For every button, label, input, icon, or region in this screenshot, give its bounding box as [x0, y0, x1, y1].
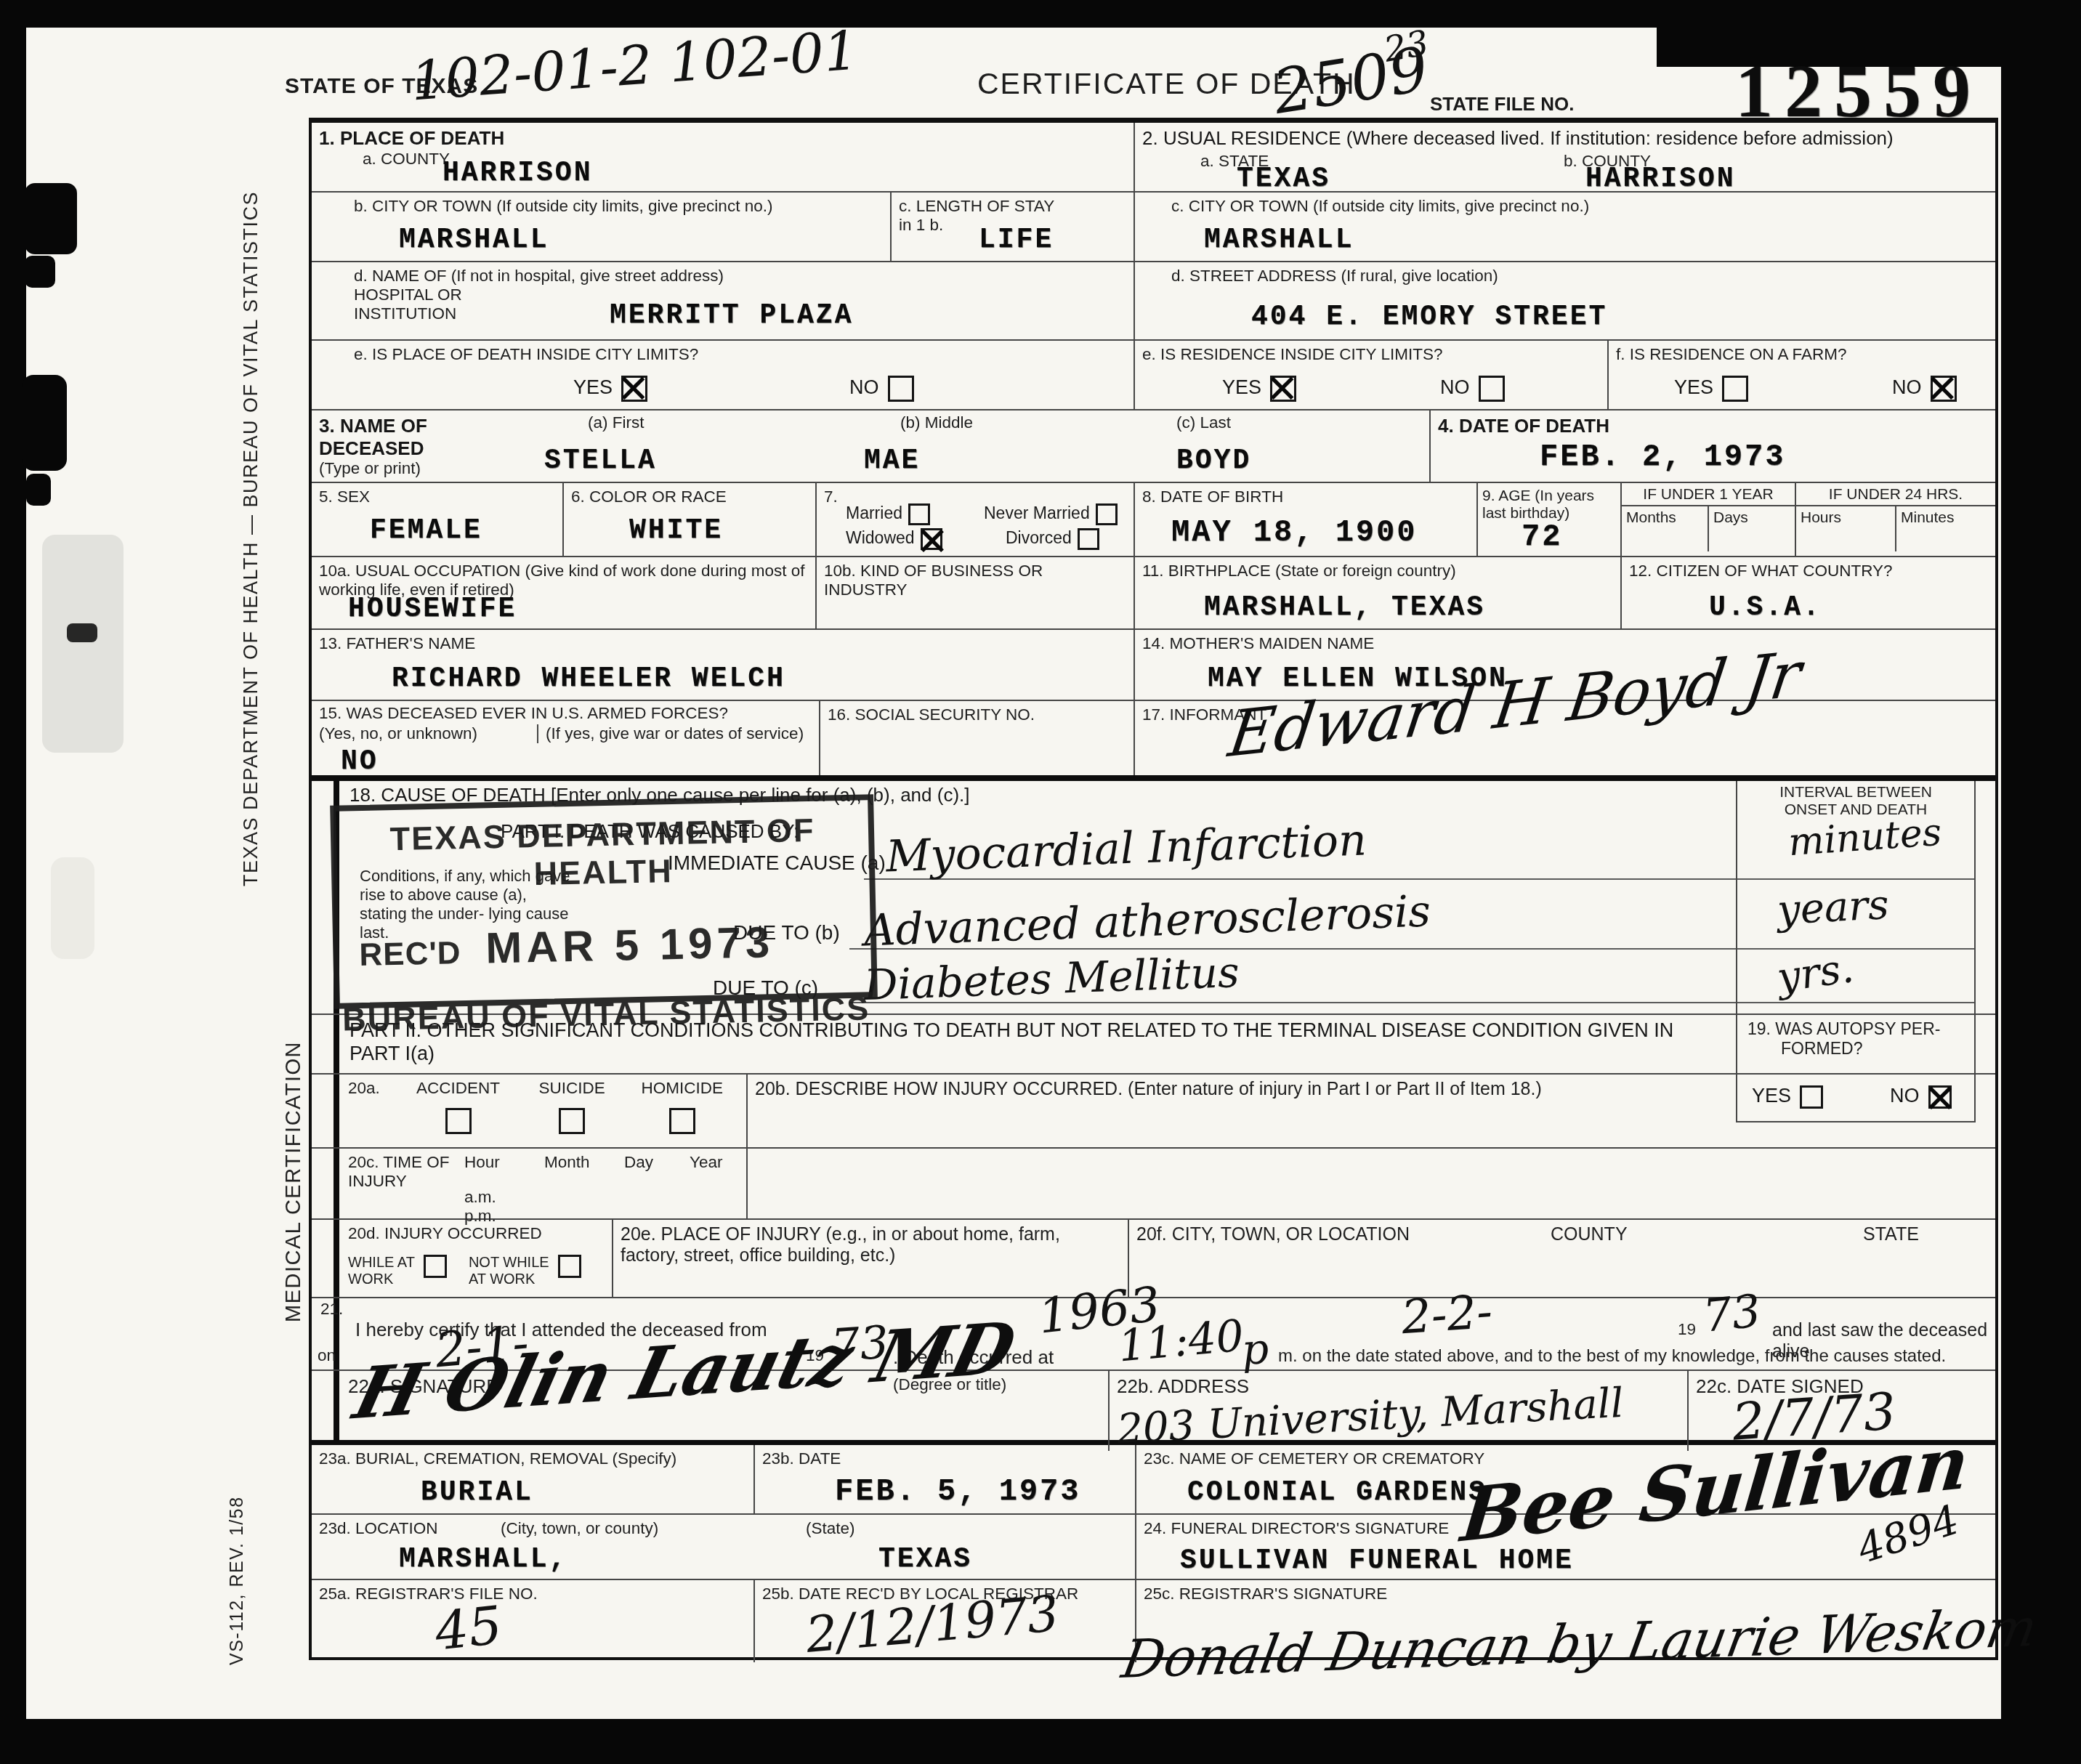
first-name-value: STELLA: [544, 445, 657, 477]
last-name-label: (c) Last: [1176, 413, 1231, 432]
race-cell: 6. COLOR OR RACE WHITE: [564, 483, 817, 556]
farm-yes: YES: [1674, 376, 1748, 402]
stamp-date: MAR 5 1973: [485, 917, 775, 973]
never-married-option: Never Married: [984, 503, 1118, 525]
first-name-label: (a) First: [588, 413, 644, 432]
place-county-value: HARRISON: [443, 158, 592, 189]
location-sub1: (City, town, or county): [501, 1519, 806, 1538]
middle-name-label: (b) Middle: [900, 413, 973, 432]
margin-form-code: VS-112, REV. 1/58: [227, 1425, 248, 1665]
location-state-value: TEXAS: [878, 1544, 972, 1575]
citizen-cell: 12. CITIZEN OF WHAT COUNTRY? U.S.A.: [1622, 557, 1995, 628]
residence-state-county-cell: 2. USUAL RESIDENCE (Where deceased lived…: [1135, 123, 1995, 191]
citizen-value: U.S.A.: [1709, 592, 1822, 623]
residence-city-value: MARSHALL: [1204, 224, 1354, 256]
name-of-deceased-cell: 3. NAME OF DECEASED (Type or print) (a) …: [312, 410, 1431, 482]
interval-b-value: years: [1776, 881, 1890, 934]
describe-injury-cell: 20b. DESCRIBE HOW INJURY OCCURRED. (Ente…: [748, 1075, 1995, 1147]
dod-label: 4. DATE OF DEATH: [1438, 415, 1988, 437]
birthplace-value: MARSHALL, TEXAS: [1204, 592, 1485, 623]
residence-county-value: HARRISON: [1585, 163, 1735, 195]
injury-occurred-cell: 20d. INJURY OCCURRED WHILE ATWORK NOT WH…: [312, 1220, 613, 1297]
checkbox-no: [1479, 376, 1505, 402]
year-prefix-1: 19: [1678, 1320, 1696, 1339]
months-label: Months: [1622, 506, 1709, 551]
place-city-label: b. CITY OR TOWN (If outside city limits,…: [354, 197, 883, 216]
residence-city-label: c. CITY OR TOWN (If outside city limits,…: [1171, 197, 1988, 216]
time-of-injury-cell: 20c. TIME OF Hour Month Day Year INJURY …: [312, 1149, 748, 1218]
injury-f-label: 20f. CITY, TOWN, OR LOCATION: [1136, 1224, 1410, 1245]
accident-suicide-homicide-cell: 20a. ACCIDENT SUICIDE HOMICIDE: [312, 1075, 748, 1147]
hours-label: Hours: [1796, 506, 1896, 551]
checkbox-widowed-checked: [921, 528, 942, 550]
autopsy-label: 19. WAS AUTOPSY PER-: [1747, 1019, 1974, 1039]
registrar-file-cell: 25a. REGISTRAR'S FILE NO. 45: [312, 1580, 755, 1662]
not-while-at-work-label: NOT WHILEAT WORK: [469, 1255, 549, 1288]
checkbox-while-at-work: [424, 1255, 447, 1278]
residence-limits-no: NO: [1440, 376, 1505, 402]
hand-am-pm: p: [1240, 1324, 1270, 1375]
checkbox-yes: [1722, 376, 1748, 402]
place-of-death-county-cell: 1. PLACE OF DEATH a. COUNTY HARRISON: [312, 123, 1135, 191]
due-to-b-value: Advanced atherosclerosis: [863, 886, 1431, 956]
last-name-value: BOYD: [1176, 445, 1251, 477]
place-limits-no: NO: [849, 376, 914, 402]
injury-location-cell: 20f. CITY, TOWN, OR LOCATION COUNTY STAT…: [1129, 1220, 1995, 1297]
burial-location-cell: 23d. LOCATION (City, town, or county) (S…: [312, 1515, 1136, 1579]
scan-edge-left: [0, 0, 26, 1764]
name-label: 3. NAME OF: [319, 415, 1422, 437]
father-name-cell: 13. FATHER'S NAME RICHARD WHEELER WELCH: [312, 630, 1135, 700]
dob-value: MAY 18, 1900: [1171, 515, 1417, 550]
citizen-label: 12. CITIZEN OF WHAT COUNTRY?: [1629, 562, 1988, 580]
homicide-label: HOMICIDE: [626, 1079, 740, 1098]
hand-year-1: 73: [1700, 1284, 1763, 1343]
place-of-death-title: 1. PLACE OF DEATH: [319, 127, 1126, 150]
injury-county-label: COUNTY: [1551, 1224, 1628, 1245]
cemetery-value: COLONIAL GARDENS: [1187, 1477, 1487, 1508]
injury-e-label: 20e. PLACE OF INJURY (e.g., in or about …: [621, 1224, 1120, 1266]
under1-label: IF UNDER 1 YEAR: [1622, 486, 1795, 506]
street-address-cell: d. STREET ADDRESS (If rural, give locati…: [1135, 262, 1995, 339]
ssn-label: 16. SOCIAL SECURITY NO.: [828, 705, 1126, 724]
scan-edge-bottom: [0, 1719, 2081, 1764]
hand-time-of-death: 11:40: [1116, 1311, 1245, 1372]
physician-address-cell: 22b. ADDRESS 203 University, Marshall: [1110, 1371, 1689, 1451]
middle-name-value: MAE: [864, 445, 920, 477]
dob-label: 8. DATE OF BIRTH: [1142, 487, 1469, 506]
injury-d-label: 20d. INJURY OCCURRED: [348, 1224, 605, 1243]
farm-no: NO: [1892, 376, 1957, 402]
stay-label: c. LENGTH OF STAY: [899, 197, 1126, 216]
year-label: Year: [690, 1153, 722, 1172]
registrar-file-label: 25a. REGISTRAR'S FILE NO.: [319, 1585, 746, 1603]
certificate-form: 1. PLACE OF DEATH a. COUNTY HARRISON 2. …: [309, 118, 1998, 1660]
checkbox-no: [888, 376, 914, 402]
burial-value: BURIAL: [421, 1477, 533, 1508]
occupation-value: HOUSEWIFE: [348, 594, 517, 625]
residence-title: 2. USUAL RESIDENCE (Where deceased lived…: [1142, 127, 1988, 150]
place-limits-cell: e. IS PLACE OF DEATH INSIDE CITY LIMITS?…: [312, 341, 1135, 409]
armed-forces-cell: 15. WAS DECEASED EVER IN U.S. ARMED FORC…: [312, 701, 820, 775]
industry-label: 10b. KIND OF BUSINESS OR INDUSTRY: [824, 562, 1126, 599]
dob-cell: 8. DATE OF BIRTH MAY 18, 1900: [1135, 483, 1478, 556]
place-city-value: MARSHALL: [399, 224, 549, 256]
checkbox-homicide: [669, 1108, 695, 1134]
if-under-24-hrs-cell: IF UNDER 24 HRS. Hours Minutes: [1796, 483, 1995, 556]
injury-a-label: 20a.: [348, 1079, 397, 1098]
hand-attended-to: 2-2-: [1400, 1285, 1495, 1346]
industry-cell: 10b. KIND OF BUSINESS OR INDUSTRY: [817, 557, 1135, 628]
place-of-injury-cell: 20e. PLACE OF INJURY (e.g., in or about …: [613, 1220, 1129, 1297]
interval-header: INTERVAL BETWEEN: [1737, 784, 1974, 801]
farm-label: f. IS RESIDENCE ON A FARM?: [1616, 345, 1988, 364]
checkbox-divorced: [1078, 528, 1099, 550]
street-value: 404 E. EMORY STREET: [1251, 302, 1607, 333]
residence-state-value: TEXAS: [1237, 163, 1330, 195]
residence-limits-cell: e. IS RESIDENCE INSIDE CITY LIMITS? YES …: [1135, 341, 1609, 409]
age-cell: 9. AGE (In years last birthday) 72: [1478, 483, 1622, 556]
location-city-value: MARSHALL,: [399, 1544, 567, 1575]
residence-city-cell: c. CITY OR TOWN (If outside city limits,…: [1135, 193, 1995, 261]
handwritten-registration-code: 102-01-2 102-01: [409, 20, 860, 113]
checkbox-accident: [445, 1108, 472, 1134]
hour-label: Hour: [464, 1153, 544, 1172]
father-value: RICHARD WHEELER WELCH: [392, 663, 785, 695]
forces-sub2: (If yes, give war or dates of service): [537, 724, 804, 743]
minutes-label: Minutes: [1896, 506, 1995, 551]
location-label: 23d. LOCATION: [319, 1519, 501, 1538]
describe-injury-continue-cell: [748, 1149, 1995, 1218]
registrar-signature-label: 25c. REGISTRAR'S SIGNATURE: [1144, 1585, 1988, 1603]
injury-state-label: STATE: [1863, 1224, 1919, 1245]
month-label: Month: [544, 1153, 624, 1172]
scan-blob: [25, 183, 77, 254]
occupation-cell: 10a. USUAL OCCUPATION (Give kind of work…: [312, 557, 817, 628]
checkbox-yes-checked: [1270, 376, 1296, 402]
margin-medical-certification-text: MEDICAL CERTIFICATION: [282, 843, 306, 1322]
interval-c-value: yrs.: [1774, 944, 1856, 1002]
under24-label: IF UNDER 24 HRS.: [1796, 486, 1995, 506]
father-label: 13. FATHER'S NAME: [319, 634, 1126, 653]
scan-blob: [26, 474, 51, 506]
am-label: a.m.: [464, 1188, 496, 1207]
place-city-cell: b. CITY OR TOWN (If outside city limits,…: [312, 193, 892, 261]
stay-value: LIFE: [979, 224, 1054, 256]
dod-value: FEB. 2, 1973: [1540, 440, 1785, 474]
item21-number: 21.: [320, 1300, 343, 1319]
stamp-recd: REC'D: [359, 935, 461, 974]
if-under-1-year-cell: IF UNDER 1 YEAR Months Days: [1622, 483, 1796, 556]
checkbox-not-while-at-work: [558, 1255, 581, 1278]
suicide-label: SUICIDE: [519, 1079, 626, 1098]
birthplace-cell: 11. BIRTHPLACE (State or foreign country…: [1135, 557, 1622, 628]
sex-cell: 5. SEX FEMALE: [312, 483, 564, 556]
day-label: Day: [624, 1153, 690, 1172]
checkbox-suicide: [559, 1108, 585, 1134]
age-value: 72: [1522, 519, 1562, 554]
handwritten-number-small: 23: [1381, 23, 1432, 70]
burial-label: 23a. BURIAL, CREMATION, REMOVAL (Specify…: [319, 1449, 746, 1468]
injury-b-label: 20b. DESCRIBE HOW INJURY OCCURRED. (Ente…: [755, 1079, 1988, 1100]
accident-label: ACCIDENT: [397, 1079, 518, 1098]
burial-date-cell: 23b. DATE FEB. 5, 1973: [755, 1445, 1136, 1513]
death-certificate-scan: TEXAS DEPARTMENT OF HEALTH — BUREAU OF V…: [0, 0, 2081, 1764]
registrar-file-value: 45: [432, 1594, 505, 1662]
immediate-cause-value: Myocardial Infarction: [885, 814, 1367, 882]
place-limits-label: e. IS PLACE OF DEATH INSIDE CITY LIMITS?: [354, 345, 1126, 364]
due-to-c-value: Diabetes Mellitus: [863, 947, 1240, 1010]
forces-value: NO: [341, 746, 379, 777]
state-file-no-label: STATE FILE NO.: [1430, 93, 1574, 116]
interval-column: INTERVAL BETWEEN ONSET AND DEATH minutes…: [1736, 781, 1976, 1015]
injury-c-label: 20c. TIME OF: [348, 1153, 464, 1172]
margin-agency-text: TEXAS DEPARTMENT OF HEALTH — BUREAU OF V…: [240, 305, 262, 886]
farm-cell: f. IS RESIDENCE ON A FARM? YES NO: [1609, 341, 1995, 409]
residence-limits-label: e. IS RESIDENCE INSIDE CITY LIMITS?: [1142, 345, 1600, 364]
forces-sub1: (Yes, no, or unknown): [319, 724, 537, 743]
scan-smudge: [42, 535, 124, 753]
checkbox-no-checked: [1931, 376, 1957, 402]
burial-date-value: FEB. 5, 1973: [835, 1474, 1080, 1509]
while-at-work-label: WHILE ATWORK: [348, 1255, 415, 1288]
length-of-stay-cell: c. LENGTH OF STAY in 1 b. LIFE: [892, 193, 1135, 261]
sex-value: FEMALE: [370, 515, 482, 546]
registrar-date-cell: 25b. DATE REC'D BY LOCAL REGISTRAR 2/12/…: [755, 1580, 1136, 1662]
forces-label: 15. WAS DECEASED EVER IN U.S. ARMED FORC…: [319, 704, 812, 723]
birthplace-label: 11. BIRTHPLACE (State or foreign country…: [1142, 562, 1613, 580]
race-value: WHITE: [629, 515, 723, 546]
location-sub2: (State): [806, 1519, 855, 1538]
stamp-line1: TEXAS DEPARTMENT OF HEALTH: [336, 810, 870, 897]
checkbox-never-married: [1096, 503, 1118, 525]
street-label: d. STREET ADDRESS (If rural, give locati…: [1171, 267, 1988, 286]
burial-date-label: 23b. DATE: [762, 1449, 1128, 1468]
scan-blob: [25, 256, 55, 288]
checkbox-yes-checked: [621, 376, 647, 402]
on-label: on: [318, 1346, 336, 1365]
hospital-value: MERRITT PLAZA: [610, 300, 853, 331]
widowed-option: Widowed: [846, 528, 942, 550]
hospital-label: d. NAME OF (If not in hospital, give str…: [354, 267, 1126, 286]
date-of-death-cell: 4. DATE OF DEATH FEB. 2, 1973: [1431, 410, 1995, 482]
ssn-cell: 16. SOCIAL SECURITY NO.: [820, 701, 1135, 775]
divorced-option: Divorced: [1006, 528, 1099, 550]
days-label: Days: [1709, 506, 1795, 551]
sex-label: 5. SEX: [319, 487, 555, 506]
hospital-cell: d. NAME OF (If not in hospital, give str…: [312, 262, 1135, 339]
mother-label: 14. MOTHER'S MAIDEN NAME: [1142, 634, 1988, 653]
marital-status-cell: 7. Married Never Married Widowed Divorce…: [817, 483, 1135, 556]
scan-blob: [22, 375, 67, 471]
scan-smudge: [51, 857, 94, 959]
received-stamp: TEXAS DEPARTMENT OF HEALTH REC'D MAR 5 1…: [330, 794, 878, 1009]
burial-cremation-cell: 23a. BURIAL, CREMATION, REMOVAL (Specify…: [312, 1445, 755, 1513]
m-on-date-text: m. on the date stated above, and to the …: [1278, 1346, 1946, 1367]
scan-edge-right: [2001, 0, 2081, 1764]
age-label: 9. AGE (In years: [1482, 487, 1616, 505]
residence-limits-yes: YES: [1222, 376, 1296, 402]
race-label: 6. COLOR OR RACE: [571, 487, 808, 506]
place-limits-yes: YES: [573, 376, 647, 402]
